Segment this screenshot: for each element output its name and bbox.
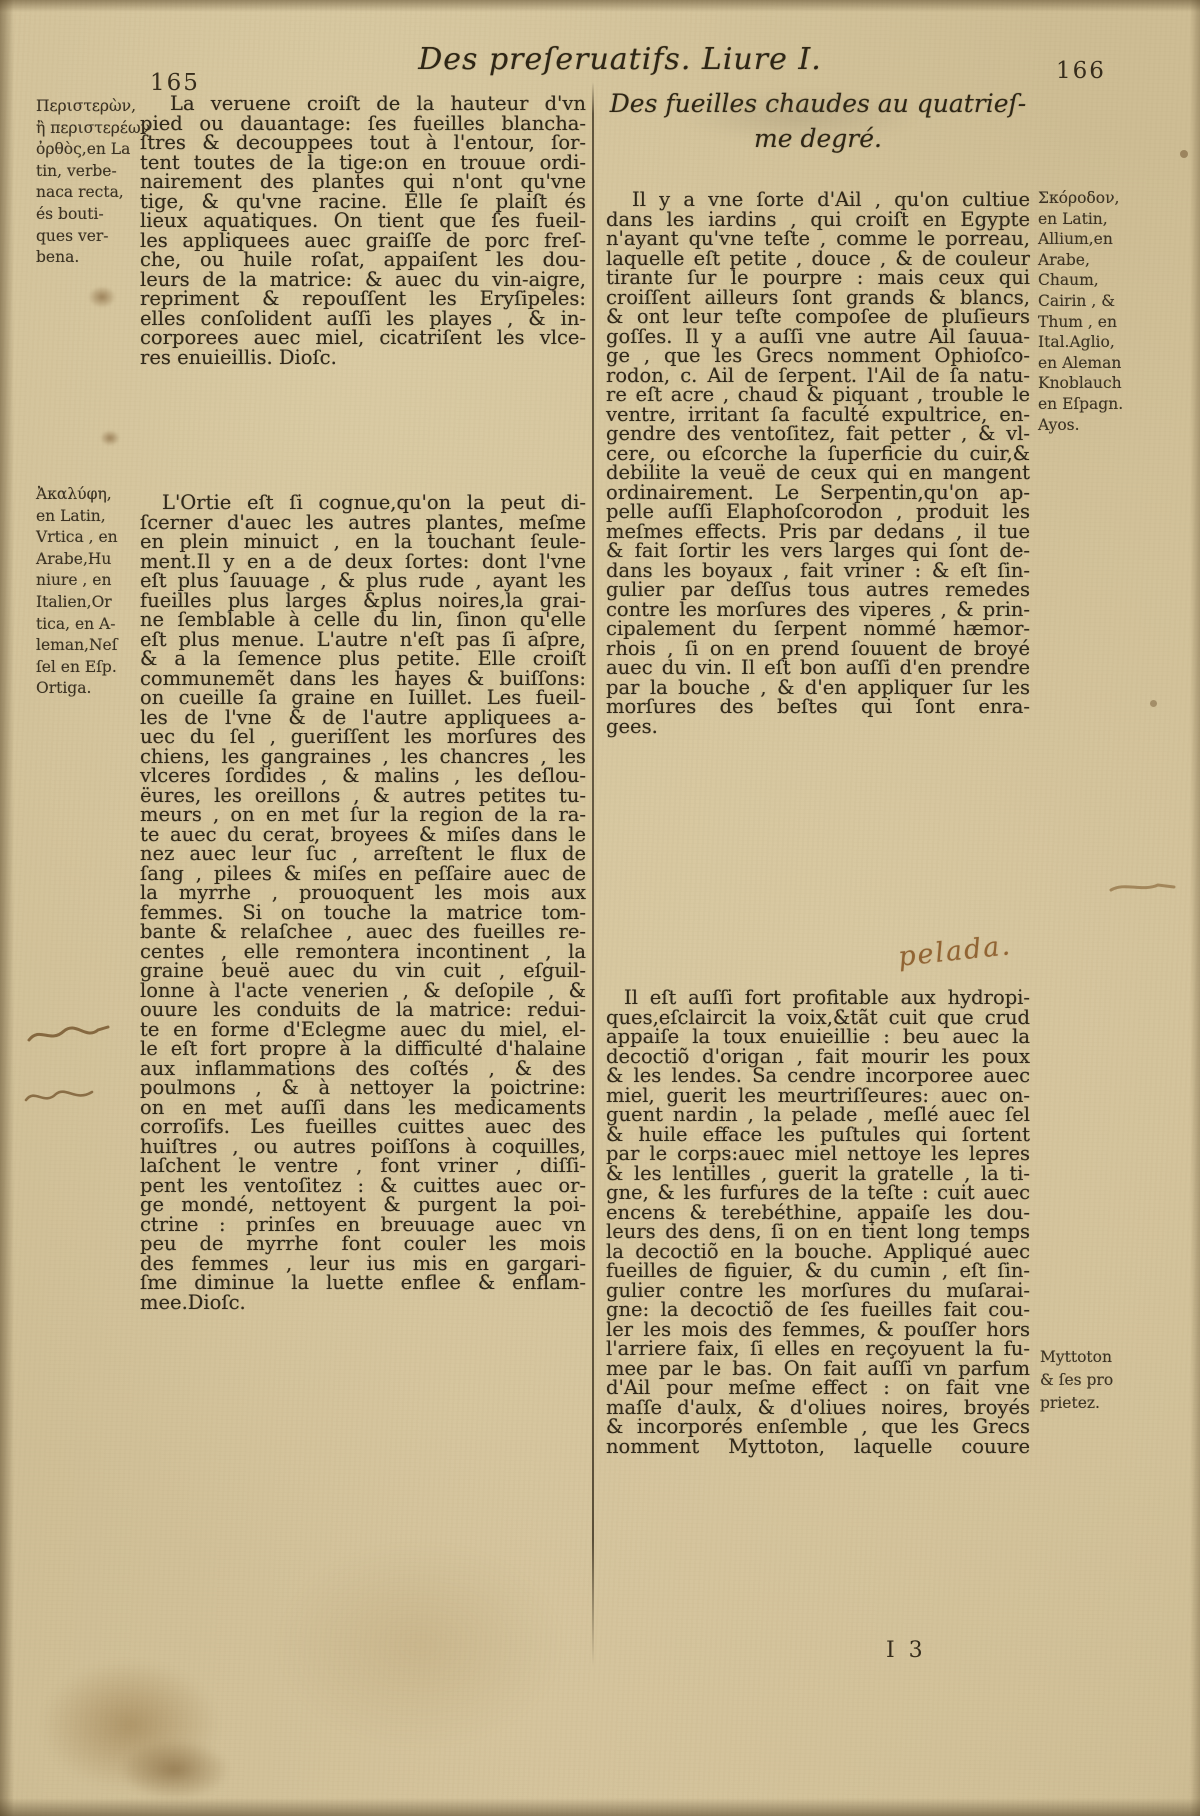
text-line: ventre, irritant ſa faculté expultrice, … bbox=[606, 401, 1030, 421]
text-line: & les lentilles , guerit la gratelle , l… bbox=[606, 1160, 1030, 1180]
text-line: mee par le bas. On fait auſſi vn parfum bbox=[606, 1355, 1030, 1375]
paper-stain bbox=[120, 1740, 230, 1800]
text-line: aux inflammations des coſtés , & des bbox=[140, 1055, 586, 1075]
text-line: en Latin, bbox=[36, 506, 138, 528]
text-line: tent toutes de la tige:on en trouue ordi… bbox=[140, 149, 586, 169]
text-line: & huile efface les puſtules qui ſortent bbox=[606, 1121, 1030, 1141]
text-line: femmes. Si on touche la matrice tom- bbox=[140, 899, 586, 919]
section-heading-fueilles-chaudes: Des fueilles chaudes au quatrieſ-me degr… bbox=[606, 86, 1030, 156]
text-line: debilite la veuë de ceux qui en mangent bbox=[606, 459, 1030, 479]
running-title: Des preſeruatifs. Liure I. bbox=[320, 42, 920, 77]
text-line: ſtres & decouppees tout à l'entour, ſor- bbox=[140, 129, 586, 149]
text-line: niure , en bbox=[36, 570, 138, 592]
text-line: re eſt acre , chaud & piquant , trouble … bbox=[606, 381, 1030, 401]
text-line: & ont leur teſte compoſee de pluſieurs bbox=[606, 303, 1030, 323]
text-line: elles conſolident auſſi les playes , & i… bbox=[140, 305, 586, 325]
text-line: communemẽt dans les hayes & buiſſons: bbox=[140, 665, 586, 685]
foxing-spot bbox=[1180, 150, 1188, 158]
text-line: ge , que les Grecs nomment Ophioſco- bbox=[606, 342, 1030, 362]
text-line: ouure les conduits de la matrice: redui- bbox=[140, 996, 586, 1016]
text-line: graine beuë auec du vin cuit , eſguil- bbox=[140, 957, 586, 977]
text-line: ſme diminue la luette enflee & enflam- bbox=[140, 1269, 586, 1289]
text-line: bena. bbox=[36, 247, 138, 269]
text-line: me degré. bbox=[606, 121, 1030, 156]
text-line: ſang , pilees & miſes en peſſaire auec d… bbox=[140, 860, 586, 880]
text-line: & les lendes. Sa cendre incorporee auec bbox=[606, 1062, 1030, 1082]
text-line: corroſifs. Les fueilles cuittes auec des bbox=[140, 1113, 586, 1133]
text-line: leman,Neſ bbox=[36, 635, 138, 657]
ink-dash-mark bbox=[1108, 876, 1178, 900]
book-page-scan: 165 Des preſeruatifs. Liure I. 166 Περισ… bbox=[0, 0, 1200, 1816]
text-line: nez auec leur ſuc , arreſtent le flux de bbox=[140, 840, 586, 860]
text-line: Σκόροδον, bbox=[1038, 188, 1170, 209]
text-line: leurs des dens, ſi on en tient long temp… bbox=[606, 1218, 1030, 1238]
text-line: tirante ſur le pourpre : mais ceux qui bbox=[606, 264, 1030, 284]
text-line: par le corps:auec miel nettoye les lepre… bbox=[606, 1140, 1030, 1160]
text-line: le eſt fort propre à la difficulté d'hal… bbox=[140, 1035, 586, 1055]
ink-squiggle-mark bbox=[26, 1018, 112, 1052]
paragraph-ail-vertus: Il eſt auſſi fort profitable aux hydropi… bbox=[606, 984, 1030, 1452]
text-line: eſt plus menue. L'autre n'eſt pas ſi aſp… bbox=[140, 626, 586, 646]
text-line: Arabe, bbox=[1038, 250, 1170, 271]
text-line: ques ver- bbox=[36, 226, 138, 248]
text-line: morſures des beſtes qui ſont enra- bbox=[606, 693, 1030, 713]
text-line: Arabe,Hu bbox=[36, 549, 138, 571]
paragraph-veruene: La veruene croiſt de la hauteur d'vnpied… bbox=[140, 90, 586, 363]
text-line: maſſe d'aulx, & d'oliues noires, broyés bbox=[606, 1394, 1030, 1414]
text-line: par la bouche , & d'en appliquer ſur les bbox=[606, 674, 1030, 694]
text-line: dans les boyaux , fait vriner : & eſt ſi… bbox=[606, 557, 1030, 577]
text-line: ler les mois des femmes, & pouſſer hors bbox=[606, 1316, 1030, 1336]
text-line: n'ayant qu'vne teſte , comme le porreau, bbox=[606, 225, 1030, 245]
page-number-right: 166 bbox=[1056, 58, 1106, 84]
foxing-spot bbox=[100, 430, 120, 446]
text-line: ſcerner d'auec les autres plantes, meſme bbox=[140, 509, 586, 529]
text-line: Myttoton bbox=[1040, 1346, 1172, 1369]
text-line: Il y a vne ſorte d'Ail , qu'on cultiue bbox=[606, 186, 1030, 206]
text-line: cere, ou eſcorche la ſuperficie du cuir,… bbox=[606, 440, 1030, 460]
text-line: les appliquees auec graiſſe de porc freſ… bbox=[140, 227, 586, 247]
text-line: lonne à l'acte venerien , & deſopile , & bbox=[140, 977, 586, 997]
paper-stain bbox=[40, 1660, 220, 1790]
text-line: huiſtres , ou autres poiſſons à coquille… bbox=[140, 1133, 586, 1153]
text-line: uec du ſel , gueriſſent les morſures des bbox=[140, 723, 586, 743]
text-line: Italien,Or bbox=[36, 592, 138, 614]
text-line: l'arriere faix, ſi elles en reçoyuent la… bbox=[606, 1335, 1030, 1355]
text-line: decoctiõ d'origan , fait mourir les poux bbox=[606, 1043, 1030, 1063]
text-line: ge mondé, nettoyent & purgent la poi- bbox=[140, 1191, 586, 1211]
text-line: prietez. bbox=[1040, 1392, 1172, 1415]
text-line: te en forme d'Eclegme auec du miel, el- bbox=[140, 1016, 586, 1036]
text-line: gulier par deſſus tous autres remedes bbox=[606, 576, 1030, 596]
text-line: fueilles de figuier, & du cumin , eſt ſi… bbox=[606, 1257, 1030, 1277]
text-line: Il eſt auſſi fort profitable aux hydropi… bbox=[606, 984, 1030, 1004]
text-line: corporees auec miel, cicatriſent les vlc… bbox=[140, 324, 586, 344]
text-line: laquelle eſt petite , douce , & de coule… bbox=[606, 245, 1030, 265]
text-line: che, ou huile roſat, appaiſent les dou- bbox=[140, 246, 586, 266]
text-line: ſel en Eſp. bbox=[36, 657, 138, 679]
text-line: rodon, c. Ail de ſerpent. l'Ail de ſa na… bbox=[606, 362, 1030, 382]
text-line: poulmons , & à nettoyer la poictrine: bbox=[140, 1074, 586, 1094]
text-line: Knoblauch bbox=[1038, 373, 1170, 394]
text-line: Ital.Aglio, bbox=[1038, 332, 1170, 353]
text-line: & fait ſortir les vers larges qui ſont d… bbox=[606, 537, 1030, 557]
text-line: bante & relaſchee , auec des fueilles re… bbox=[140, 918, 586, 938]
text-line: appaiſe la toux enuieillie : beu auec la bbox=[606, 1023, 1030, 1043]
text-line: contre les morſures des viperes , & prin… bbox=[606, 596, 1030, 616]
margin-note-verbena: Περιστερὼν,ἢ περιστερέωνὀρθὸς,en Latin, … bbox=[36, 96, 138, 269]
text-line: ment.Il y en a de deux ſortes: dont l'vn… bbox=[140, 548, 586, 568]
text-line: ëures, les oreillons , & autres petites … bbox=[140, 782, 586, 802]
margin-note-myttoton: Myttoton& ſes proprietez. bbox=[1040, 1346, 1172, 1415]
text-line: tige, & qu'vne racine. Elle ſe plaiſt és bbox=[140, 188, 586, 208]
text-line: croiſſent ailleurs ſont grands & blancs, bbox=[606, 284, 1030, 304]
text-line: tin, verbe- bbox=[36, 161, 138, 183]
text-line: dans les iardins , qui croiſt en Egypte bbox=[606, 206, 1030, 226]
text-line: eſt plus ſauuage , & plus rude , ayant l… bbox=[140, 567, 586, 587]
column-divider-rule bbox=[592, 82, 594, 1667]
text-line: on cueille ſa graine en Iuillet. Les fue… bbox=[140, 684, 586, 704]
text-line: Ortiga. bbox=[36, 678, 138, 700]
text-line: lieux aquatiques. On tient que ſes fueil… bbox=[140, 207, 586, 227]
text-line: gendre des ventoſitez, fait petter , & v… bbox=[606, 420, 1030, 440]
text-line: gne, & les furfures de la teſte : cuit a… bbox=[606, 1179, 1030, 1199]
text-line: chiens, les gangraines , les chancres , … bbox=[140, 743, 586, 763]
text-line: fueilles plus larges &plus noires,la gra… bbox=[140, 587, 586, 607]
text-line: les de l'vne & de l'autre appliquees a- bbox=[140, 704, 586, 724]
paper-stain bbox=[280, 1545, 560, 1745]
text-line: Thum , en bbox=[1038, 312, 1170, 333]
text-line: vlceres ſordides , & malins , les deſlou… bbox=[140, 762, 586, 782]
text-line: Vrtica , en bbox=[36, 527, 138, 549]
text-line: d'Ail pour meſme effect : on fait vne bbox=[606, 1374, 1030, 1394]
margin-note-allium: Σκόροδον,en Latin,Allium,enArabe,Chaum,C… bbox=[1038, 188, 1170, 435]
text-line: pelle auſſi Elaphoſcorodon , produit les bbox=[606, 498, 1030, 518]
text-line: cipalement du ſerpent nommé hæmor- bbox=[606, 615, 1030, 635]
text-line: Allium,en bbox=[1038, 229, 1170, 250]
paragraph-ortie: L'Ortie eſt ſi cognue,qu'on la peut di-ſ… bbox=[140, 489, 586, 1308]
text-line: gne: la decoctiõ de ſes fueilles fait co… bbox=[606, 1296, 1030, 1316]
text-line: pied ou dauantage: ſes fueilles blancha- bbox=[140, 110, 586, 130]
text-line: en plein minuict , en la touchant ſeule- bbox=[140, 528, 586, 548]
paragraph-ail: Il y a vne ſorte d'Ail , qu'on cultiueda… bbox=[606, 186, 1030, 732]
text-line: & ſes pro bbox=[1040, 1369, 1172, 1392]
text-line: nairement des plantes qui n'ont qu'vne bbox=[140, 168, 586, 188]
text-line: L'Ortie eſt ſi cognue,qu'on la peut di- bbox=[140, 489, 586, 509]
ink-squiggle-mark bbox=[22, 1082, 98, 1112]
text-line: meſmes effects. Pris par dedans , il tue bbox=[606, 518, 1030, 538]
text-line: ne ſemblable à celle du lin, ſinon qu'el… bbox=[140, 606, 586, 626]
text-line: rhois , ſi on en prend ſouuent de broyé bbox=[606, 635, 1030, 655]
margin-note-urtica: Ἀκαλύφη,en Latin,Vrtica , enArabe,Huniur… bbox=[36, 484, 138, 700]
text-line: on en met auſſi dans les medicaments bbox=[140, 1094, 586, 1114]
text-line: & a la ſemence plus petite. Elle croiſt bbox=[140, 645, 586, 665]
text-line: Chaum, bbox=[1038, 270, 1170, 291]
text-line: peu de myrrhe font couler les mois bbox=[140, 1230, 586, 1250]
text-line: La veruene croiſt de la hauteur d'vn bbox=[140, 90, 586, 110]
text-line: ἢ περιστερέων bbox=[36, 118, 138, 140]
text-line: tica, en A- bbox=[36, 614, 138, 636]
handwritten-annotation: pelada. bbox=[897, 930, 1014, 973]
text-line: la decoctiõ en la bouche. Appliqué auec bbox=[606, 1238, 1030, 1258]
text-line: guent nardin , la pelade , meſlé auec ſe… bbox=[606, 1101, 1030, 1121]
text-line: ques,eſclaircit la voix,&tãt cuit que cr… bbox=[606, 1004, 1030, 1024]
text-line: Ἀκαλύφη, bbox=[36, 484, 138, 506]
text-line: pent les ventoſitez : & cuittes auec or- bbox=[140, 1172, 586, 1192]
foxing-spot bbox=[1150, 700, 1157, 707]
text-line: meurs , on en met ſur la region de la ra… bbox=[140, 801, 586, 821]
text-line: naca recta, bbox=[36, 182, 138, 204]
text-line: auec du vin. Il eſt bon auſſi d'en prend… bbox=[606, 654, 1030, 674]
text-line: ordinairement. Le Serpentin,qu'on ap- bbox=[606, 479, 1030, 499]
text-line: nomment Myttoton, laquelle couure bbox=[606, 1433, 1030, 1453]
text-line: centes , elle remontera incontinent , la bbox=[140, 938, 586, 958]
text-line: gulier contre les morſures du muſarai- bbox=[606, 1277, 1030, 1297]
text-line: en Latin, bbox=[1038, 209, 1170, 230]
text-line: ὀρθὸς,en La bbox=[36, 139, 138, 161]
text-line: laſchent le ventre , font vriner , diſſi… bbox=[140, 1152, 586, 1172]
text-line: te auec du cerat, broyees & miſes dans l… bbox=[140, 821, 586, 841]
text-line: la myrrhe , prouoquent les mois aux bbox=[140, 879, 586, 899]
text-line: des femmes , leur ius mis en gargari- bbox=[140, 1250, 586, 1270]
text-line: encens & terebéthine, appaiſe les dou- bbox=[606, 1199, 1030, 1219]
text-line: Des fueilles chaudes au quatrieſ- bbox=[606, 86, 1030, 121]
text-line: ctrine : prinſes en breuuage auec vn bbox=[140, 1211, 586, 1231]
foxing-spot bbox=[88, 286, 116, 308]
text-line: leurs de la matrice: & auec du vin-aigre… bbox=[140, 266, 586, 286]
text-line: goſſes. Il y a auſſi vne autre Ail ſauua… bbox=[606, 323, 1030, 343]
text-line: miel, guerit les meurtriſſeures: auec on… bbox=[606, 1082, 1030, 1102]
text-line: Cairin , & bbox=[1038, 291, 1170, 312]
text-line: & incorporés enſemble , que les Grecs bbox=[606, 1413, 1030, 1433]
text-line: en Eſpagn. bbox=[1038, 394, 1170, 415]
text-line: repriment & repouſſent les Eryſipeles: bbox=[140, 285, 586, 305]
text-line: en Aleman bbox=[1038, 353, 1170, 374]
text-line: Ayos. bbox=[1038, 415, 1170, 436]
text-line: Περιστερὼν, bbox=[36, 96, 138, 118]
gathering-signature-mark: I 3 bbox=[886, 1638, 923, 1663]
text-line: és bouti- bbox=[36, 204, 138, 226]
